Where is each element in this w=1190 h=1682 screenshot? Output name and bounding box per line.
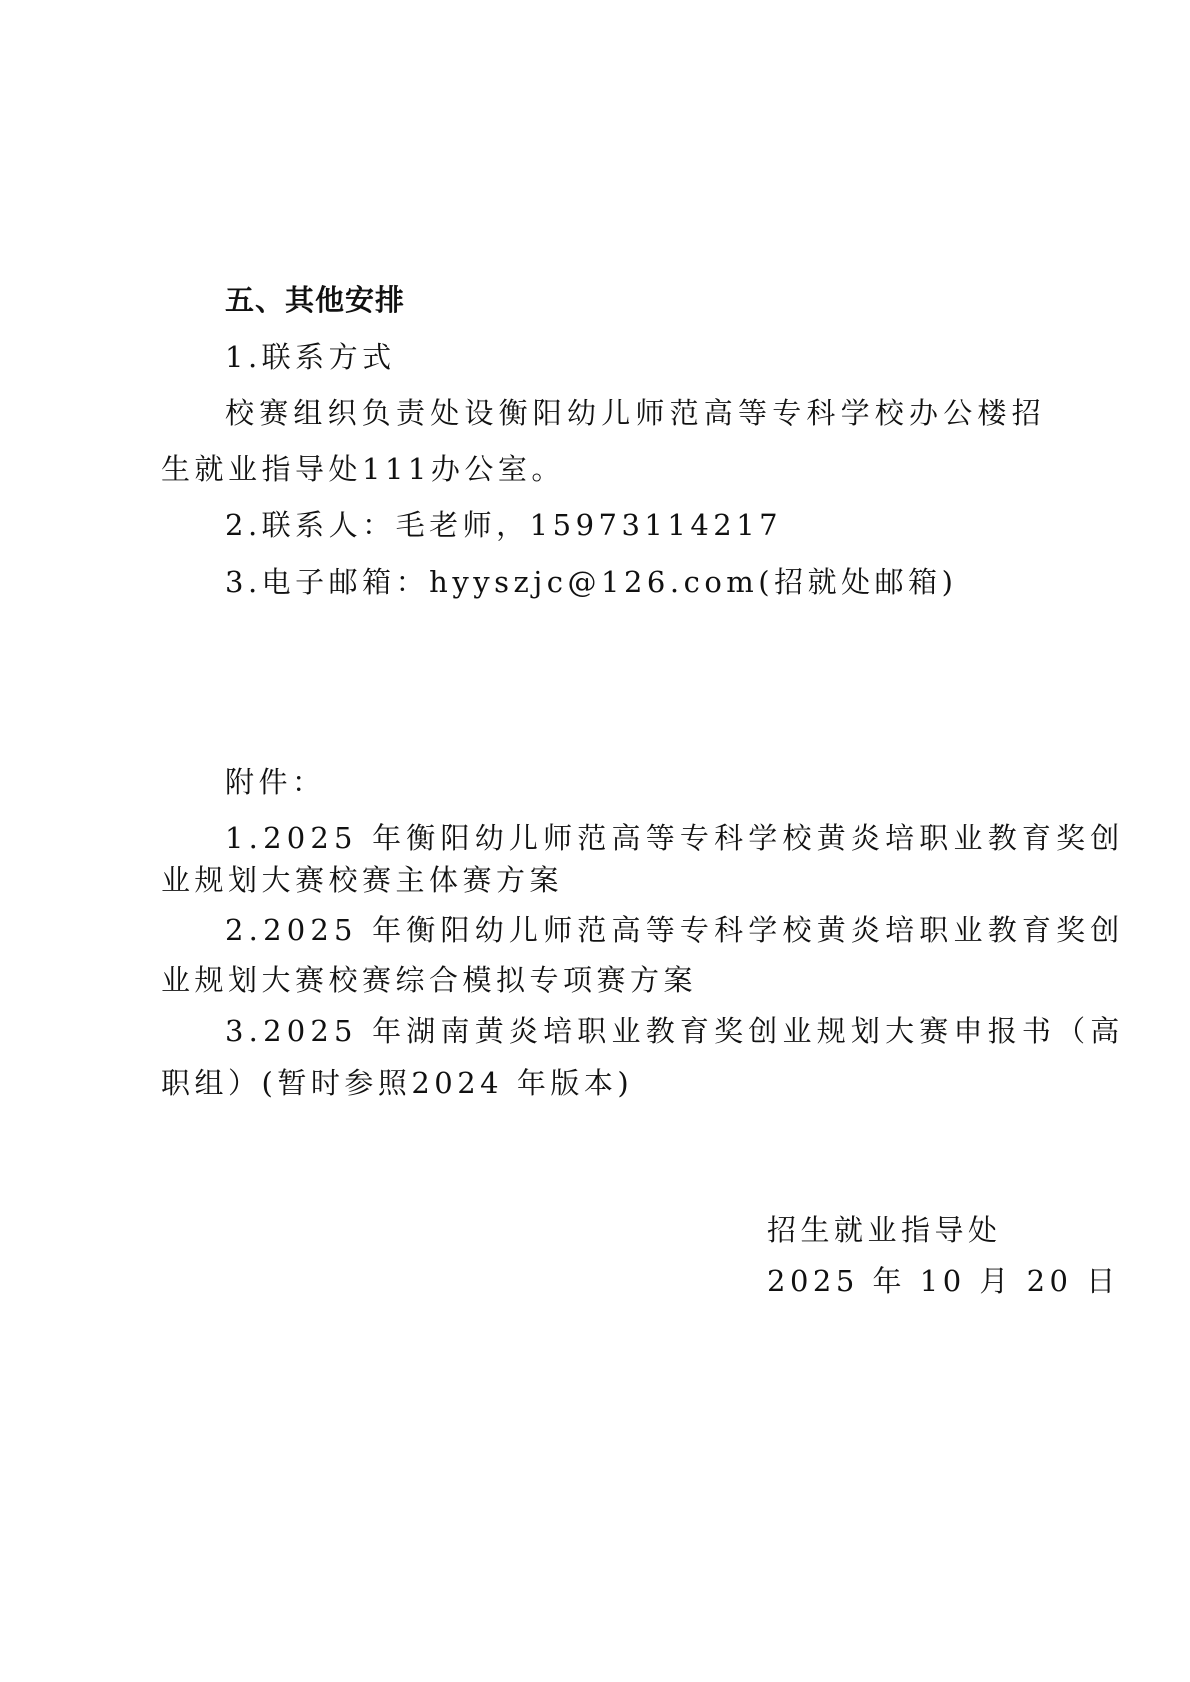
contact-email: 3.电子邮箱：hyyszjc@126.com(招就处邮箱) <box>225 564 957 600</box>
attachment-3-line2: 职组）(暂时参照2024 年版本) <box>161 1065 633 1101</box>
attachments-label: 附件： <box>225 764 326 800</box>
contact-method-title: 1.联系方式 <box>225 339 396 375</box>
attachment-3-line1: 3.2025 年湖南黄炎培职业教育奖创业规划大赛申报书（高 <box>225 1013 1125 1049</box>
section-heading: 五、其他安排 <box>225 282 405 318</box>
signature-office: 招生就业指导处 <box>767 1212 1002 1248</box>
attachment-2-line2: 业规划大赛校赛综合模拟专项赛方案 <box>161 962 697 998</box>
attachment-2-line1: 2.2025 年衡阳幼儿师范高等专科学校黄炎培职业教育奖创 <box>225 912 1125 948</box>
contact-location-line1: 校赛组织负责处设衡阳幼儿师范高等专科学校办公楼招 <box>225 395 1046 431</box>
signature-date: 2025 年 10 月 20 日 <box>767 1263 1120 1299</box>
attachment-1-line2: 业规划大赛校赛主体赛方案 <box>161 862 563 898</box>
contact-location-line2: 生就业指导处111办公室。 <box>161 451 565 487</box>
attachment-1-line1: 1.2025 年衡阳幼儿师范高等专科学校黄炎培职业教育奖创 <box>225 820 1125 856</box>
contact-person: 2.联系人：毛老师，15973114217 <box>225 507 782 543</box>
